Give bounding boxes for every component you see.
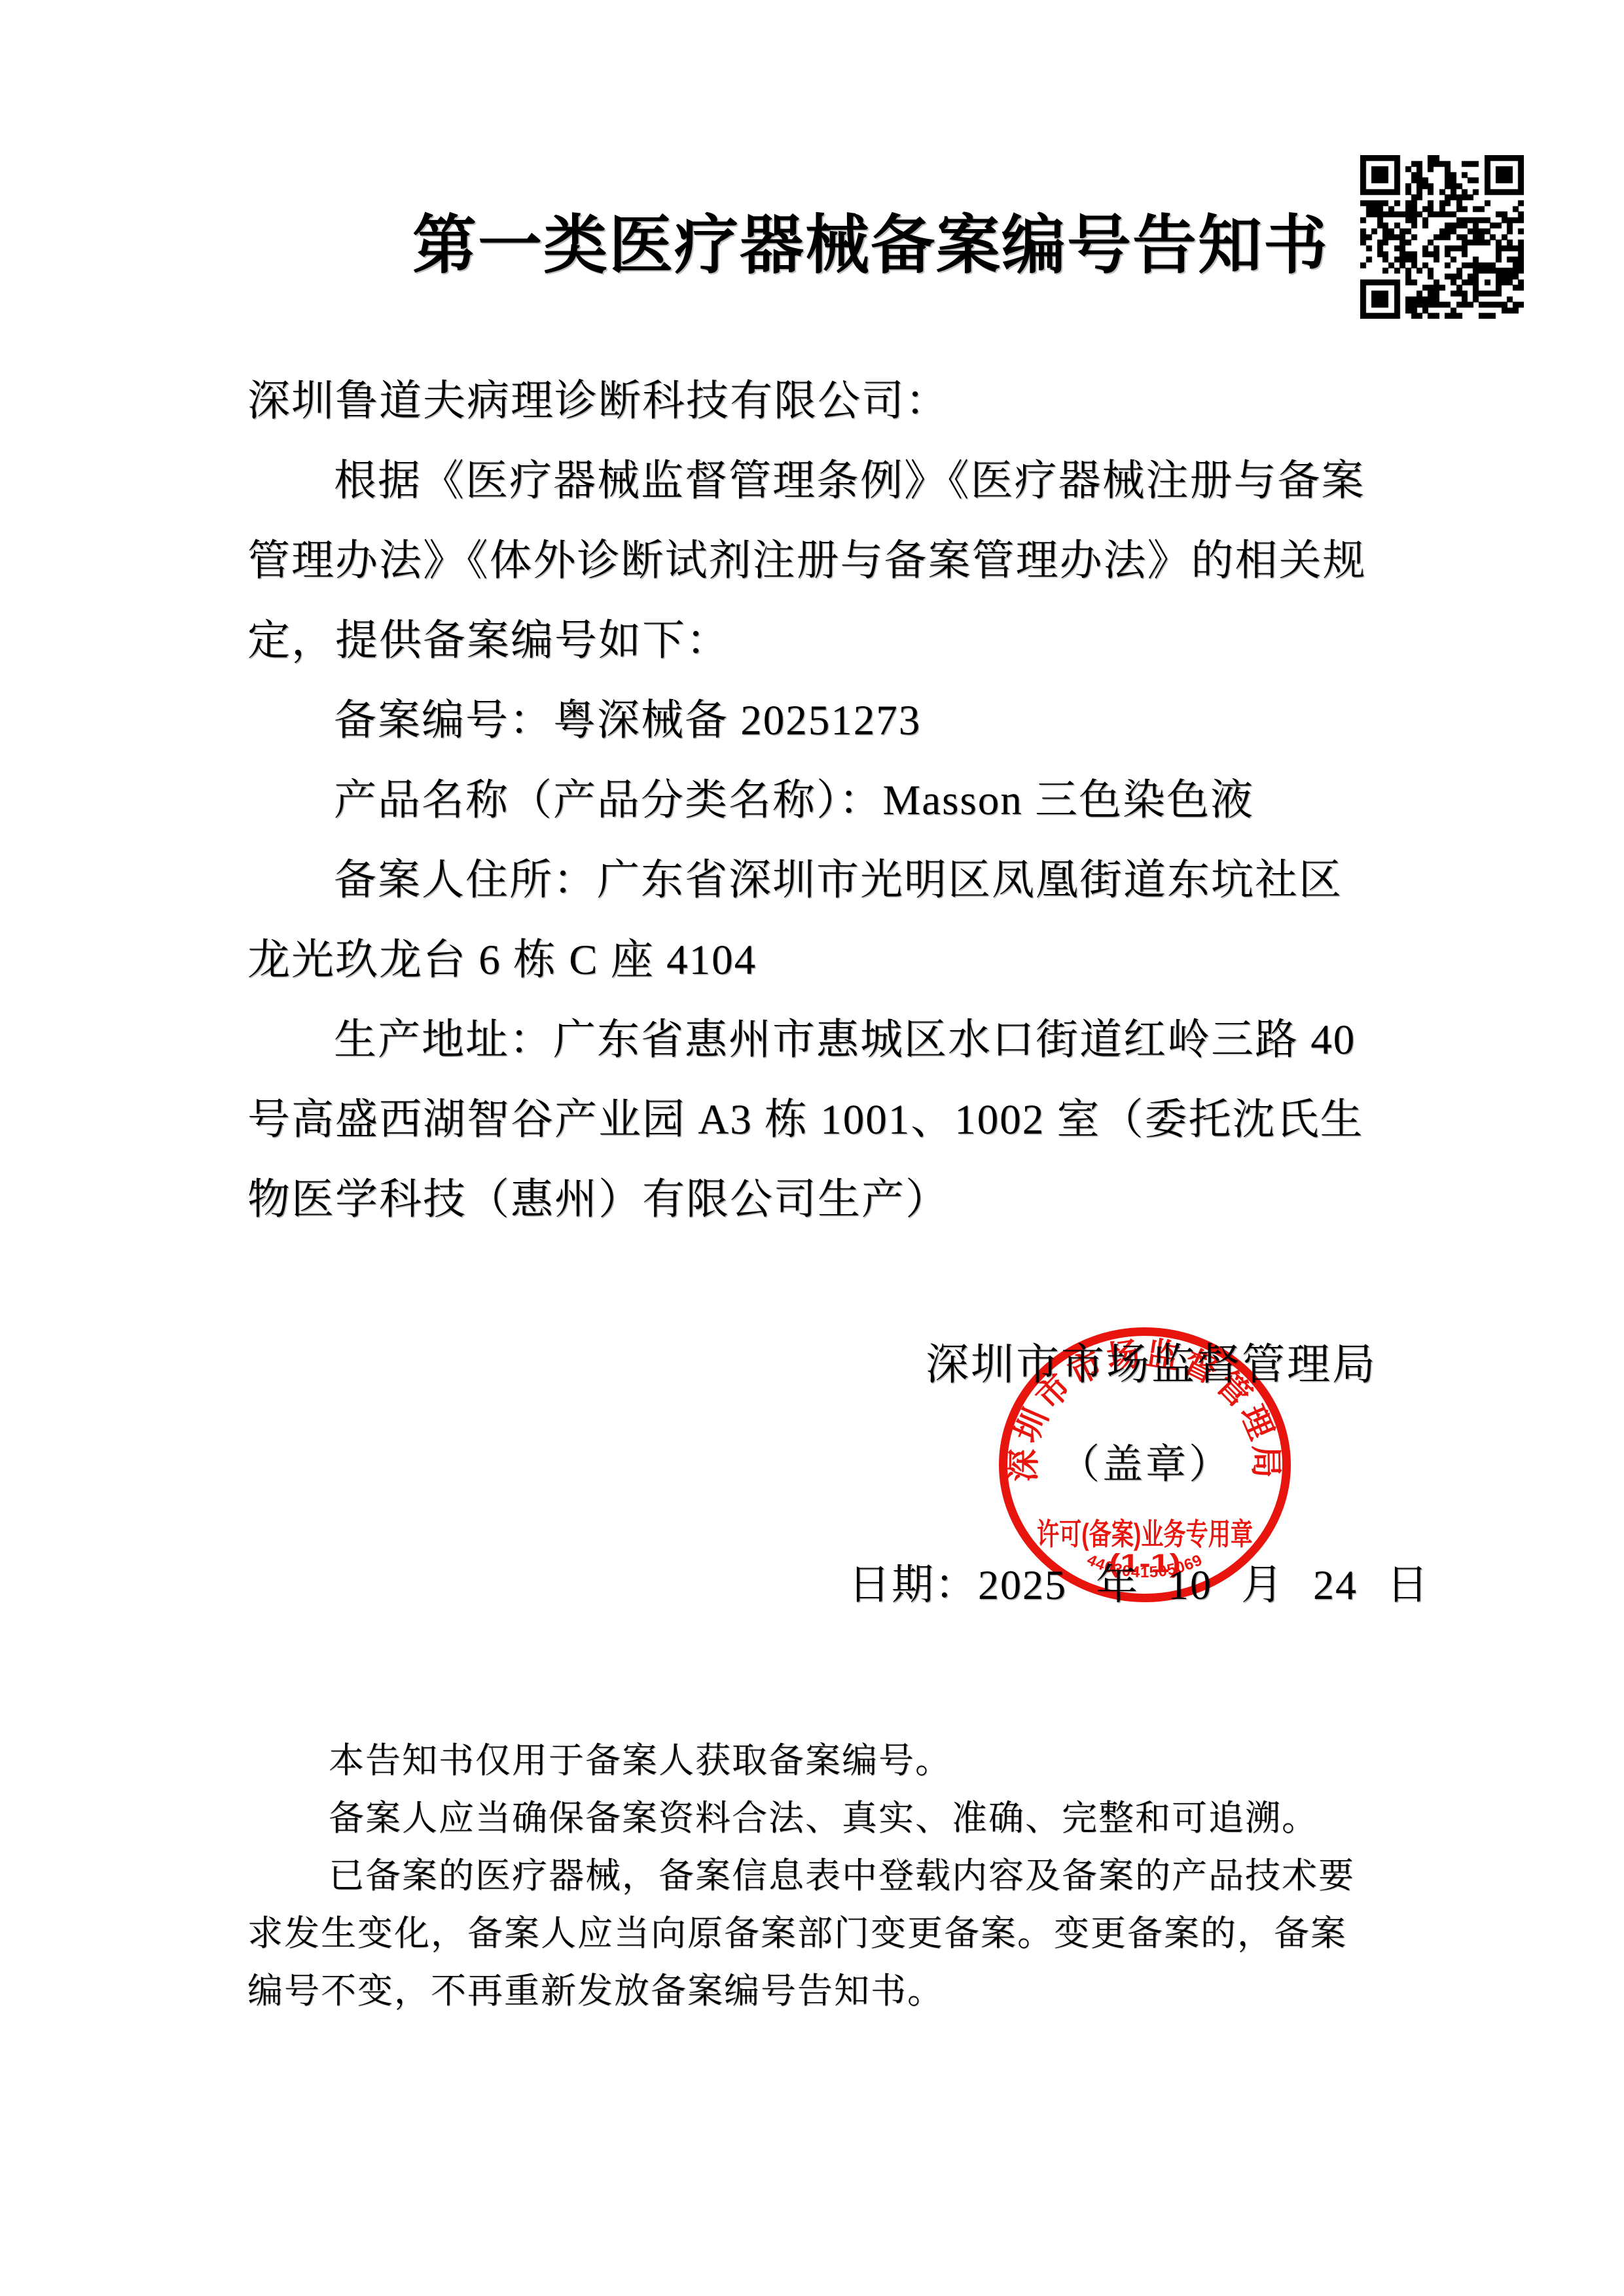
document-page: 第一类医疗器械备案编号告知书 深圳鲁道夫病理诊断科技有限公司： 根据《医疗器械监… (0, 0, 1624, 2296)
document-title: 第一类医疗器械备案编号告知书 (412, 194, 1290, 286)
body-line: 管理办法》《体外诊断试剂注册与备案管理办法》的相关规 (247, 521, 1406, 601)
notes-section: 本告知书仅用于备案人获取备案编号。 备案人应当确保备案资料合法、真实、准确、完整… (247, 1732, 1445, 2020)
body-line: 根据《医疗器械监督管理条例》《医疗器械注册与备案 (247, 441, 1406, 521)
body-line: 号高盛西湖智谷产业园 A3 栋 1001、1002 室（委托沈氏生 (247, 1080, 1406, 1160)
body-line: 备案编号：粤深械备 20251273 (247, 681, 1406, 761)
note-line: 本告知书仅用于备案人获取备案编号。 (247, 1732, 1445, 1789)
body-line: 物医学科技（惠州）有限公司生产） (247, 1160, 1406, 1240)
body-line: 龙光玖龙台 6 栋 C 座 4104 (247, 920, 1406, 1000)
qr-code (1360, 155, 1524, 319)
body-line: 定，提供备案编号如下： (247, 601, 1406, 681)
body-paragraphs: 深圳鲁道夫病理诊断科技有限公司： 根据《医疗器械监督管理条例》《医疗器械注册与备… (247, 361, 1406, 1240)
note-line: 备案人应当确保备案资料合法、真实、准确、完整和可追溯。 (247, 1789, 1445, 1847)
note-line: 求发生变化，备案人应当向原备案部门变更备案。变更备案的，备案 (247, 1905, 1445, 1962)
seal-arc-text: 深圳市市场监督管理局 (1005, 1335, 1285, 1482)
note-line: 编号不变，不再重新发放备案编号告知书。 (247, 1962, 1445, 2020)
note-line: 已备案的医疗器械，备案信息表中登载内容及备案的产品技术要 (247, 1847, 1445, 1905)
body-line: 深圳鲁道夫病理诊断科技有限公司： (247, 361, 1406, 441)
official-seal: 深圳市市场监督管理局 许可(备案)业务专用章 (1-1) 44030415050… (994, 1321, 1295, 1609)
seal-subtitle: 许可(备案)业务专用章 (1037, 1517, 1253, 1551)
body-line: 产品名称（产品分类名称）：Masson 三色染色液 (247, 761, 1406, 840)
body-line: 生产地址：广东省惠州市惠城区水口街道红岭三路 40 (247, 1000, 1406, 1080)
body-line: 备案人住所：广东省深圳市光明区凤凰街道东坑社区 (247, 840, 1406, 920)
